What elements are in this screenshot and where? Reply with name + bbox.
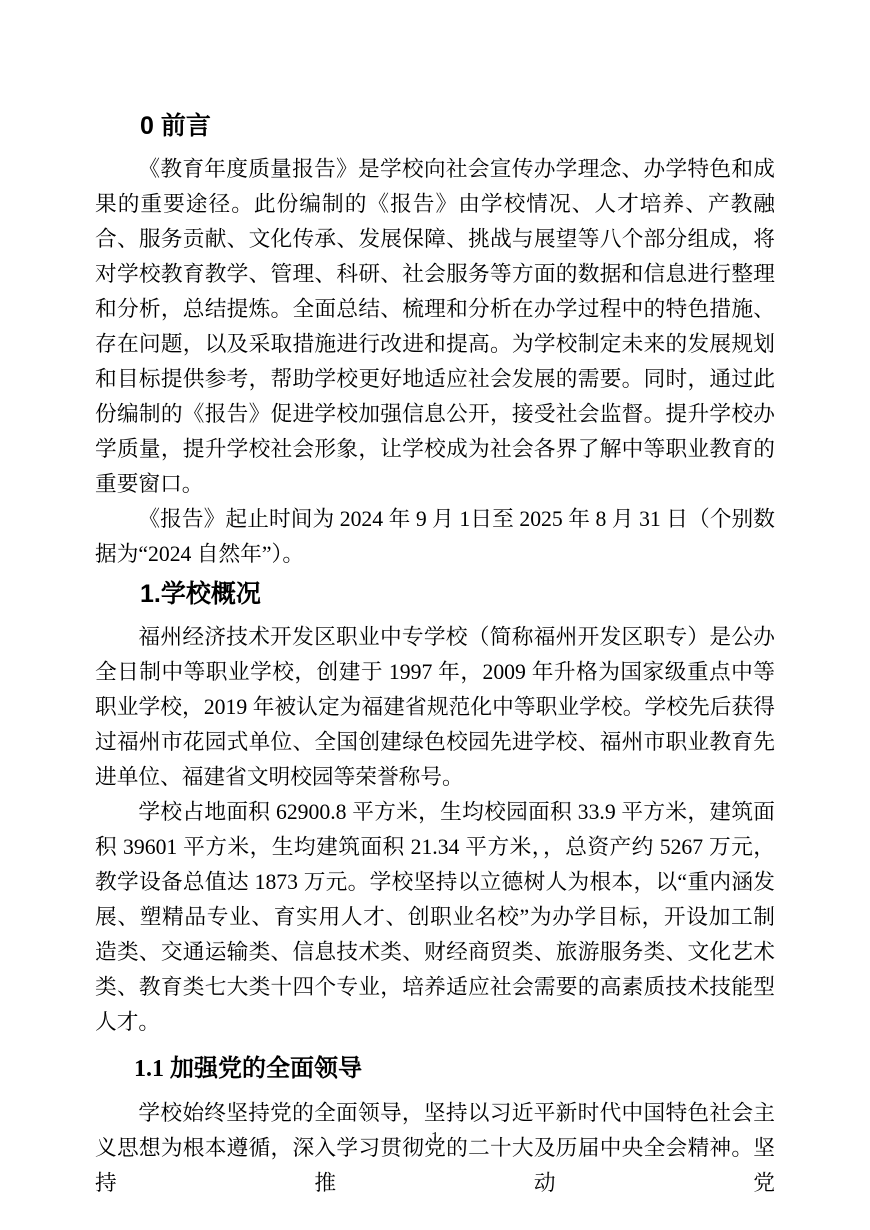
heading-preface: 0 前言 (95, 106, 775, 146)
page-number: 1 (0, 1126, 870, 1150)
paragraph-report-period: 《报告》起止时间为 2024 年 9 月 1日至 2025 年 8 月 31 日… (95, 502, 775, 572)
paragraph-preface-intro: 《教育年度质量报告》是学校向社会宣传办学理念、办学特色和成果的重要途径。此份编制… (95, 152, 775, 502)
heading-party-leadership: 1.1 加强党的全面领导 (95, 1050, 775, 1088)
heading-school-overview: 1.学校概况 (95, 574, 775, 614)
document-page: 0 前言 《教育年度质量报告》是学校向社会宣传办学理念、办学特色和成果的重要途径… (0, 0, 870, 1230)
paragraph-school-facilities: 学校占地面积 62900.8 平方米，生均校园面积 33.9 平方米，建筑面积 … (95, 795, 775, 1040)
paragraph-school-history: 福州经济技术开发区职业中专学校（简称福州开发区职专）是公办全日制中等职业学校，创… (95, 620, 775, 795)
